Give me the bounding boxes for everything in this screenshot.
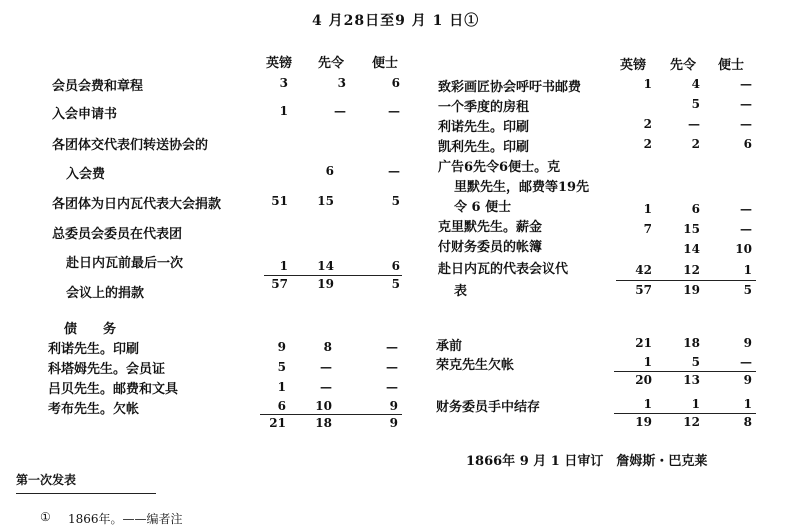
cell-shillings: 10	[302, 399, 332, 413]
cell-pounds: 5	[256, 360, 286, 374]
cell-pence: 1	[722, 397, 752, 411]
cell-shillings: 12	[670, 263, 700, 277]
row-label: 各团体为日内瓦代表大会捐款	[52, 193, 221, 212]
cell-shillings: 19	[670, 283, 700, 297]
cell-shillings: 6	[304, 164, 334, 178]
cell-shillings: 6	[670, 202, 700, 216]
cell-pounds: 42	[622, 263, 652, 277]
cell-shillings: 5	[670, 355, 700, 369]
row-label: 令 6 便士	[454, 196, 511, 215]
cell-pounds: 57	[622, 283, 652, 297]
total-pence: 8	[722, 415, 752, 429]
row-label: 利诺先生。印刷	[48, 338, 139, 357]
cell-pounds: 1	[622, 355, 652, 369]
right-header-pounds: 英镑	[620, 54, 646, 73]
total-shillings: 12	[670, 415, 700, 429]
row-label: 各团体交代表们转送协会的	[52, 134, 208, 153]
cell-pounds: 1	[622, 202, 652, 216]
right-header-pence: 便士	[718, 54, 744, 73]
row-label: 克里默先生。薪金	[438, 216, 542, 235]
footnote-marker: ①	[40, 510, 51, 524]
row-label: 里默先生，邮费等19先	[454, 176, 589, 195]
cell-pence: —	[368, 360, 398, 374]
subtotal-rule	[616, 280, 756, 281]
cell-pence: 10	[722, 242, 752, 256]
footnote-separator	[16, 493, 156, 494]
cell-pence: —	[722, 355, 752, 369]
subtotal-rule	[614, 371, 756, 372]
row-label: 总委员会委员在代表团	[52, 223, 182, 242]
cell-pence: —	[722, 97, 752, 111]
cell-pence: 1	[722, 263, 752, 277]
left-header-pounds: 英镑	[266, 52, 292, 71]
row-label: 荣克先生欠帐	[436, 354, 514, 373]
cell-shillings: —	[302, 380, 332, 394]
row-label: 科塔姆先生。会员证	[48, 358, 165, 377]
subtotal-rule	[264, 275, 402, 276]
cell-pounds: 20	[622, 373, 652, 387]
cell-shillings: 3	[316, 76, 346, 90]
cell-pence: 5	[370, 194, 400, 208]
cell-pounds: 1	[258, 259, 288, 273]
cell-pounds: 57	[258, 277, 288, 291]
cell-pounds: 9	[256, 340, 286, 354]
cell-pounds: 7	[622, 222, 652, 236]
cell-shillings: —	[316, 104, 346, 118]
cell-pence: —	[722, 222, 752, 236]
total-pounds: 21	[256, 416, 286, 430]
row-label: 会议上的捐款	[66, 282, 144, 301]
total-shillings: 18	[302, 416, 332, 430]
row-label: 凯利先生。印刷	[438, 136, 529, 155]
row-label: 利诺先生。印刷	[438, 116, 529, 135]
cell-pence: —	[370, 104, 400, 118]
row-label: 一个季度的房租	[438, 96, 529, 115]
row-label: 会员会费和章程	[52, 75, 143, 94]
cell-pounds: 1	[256, 380, 286, 394]
cell-shillings: 5	[670, 97, 700, 111]
row-label: 付财务委员的帐簿	[438, 236, 542, 255]
cell-pounds: 2	[622, 137, 652, 151]
row-label: 入会申请书	[52, 103, 117, 122]
cell-pence: 6	[722, 137, 752, 151]
cell-shillings: 15	[304, 194, 334, 208]
total-rule	[260, 414, 402, 415]
cell-pounds: 51	[258, 194, 288, 208]
cell-pounds: 1	[622, 77, 652, 91]
total-pounds: 19	[622, 415, 652, 429]
cell-shillings: 2	[670, 137, 700, 151]
left-header-pence: 便士	[372, 52, 398, 71]
debts-heading: 债 务	[64, 318, 116, 337]
total-rule	[614, 413, 756, 414]
cell-shillings: 1	[670, 397, 700, 411]
cell-pence: —	[722, 117, 752, 131]
total-pence: 9	[368, 416, 398, 430]
cell-shillings: 19	[304, 277, 334, 291]
row-label: 致彩画匠协会呼吁书邮费	[438, 76, 581, 95]
left-header-shillings: 先令	[318, 52, 344, 71]
cell-pence: 9	[722, 373, 752, 387]
right-header-shillings: 先令	[670, 54, 696, 73]
cell-pounds: 1	[258, 104, 288, 118]
cell-pounds: 6	[256, 399, 286, 413]
cell-pence: 9	[368, 399, 398, 413]
row-label: 广告6先令6便士。克	[438, 156, 560, 175]
cell-shillings: 18	[670, 336, 700, 350]
cell-pounds: 1	[622, 397, 652, 411]
cell-shillings: 15	[670, 222, 700, 236]
footnote-text: 1866年。——编者注	[68, 510, 183, 527]
row-label: 赴日内瓦前最后一次	[66, 252, 183, 271]
row-label: 考布先生。欠帐	[48, 398, 139, 417]
cell-pence: 5	[722, 283, 752, 297]
cell-shillings: —	[302, 360, 332, 374]
cell-shillings: 13	[670, 373, 700, 387]
cell-pence: —	[368, 340, 398, 354]
cell-pounds: 2	[622, 117, 652, 131]
row-label: 入会费	[66, 163, 105, 182]
cell-pence: 6	[370, 259, 400, 273]
cell-shillings: 14	[670, 242, 700, 256]
cell-pence: 5	[370, 277, 400, 291]
cell-pence: —	[368, 380, 398, 394]
row-label: 吕贝先生。邮费和文具	[48, 378, 178, 397]
cell-shillings: 8	[302, 340, 332, 354]
row-label: 表	[454, 280, 467, 299]
cell-shillings: —	[670, 117, 700, 131]
signature-line: 1866年 9 月 1 日审订 詹姆斯・巴克莱	[466, 450, 707, 469]
first-published-label: 第一次发表	[16, 471, 76, 488]
cell-pence: 9	[722, 336, 752, 350]
cell-pence: —	[722, 77, 752, 91]
row-label: 承前	[436, 335, 462, 354]
cell-pounds: 3	[258, 76, 288, 90]
page-title: 4 月28日至9 月 1 日①	[312, 10, 479, 30]
cell-shillings: 4	[670, 77, 700, 91]
cell-pence: —	[722, 202, 752, 216]
cell-pence: —	[370, 164, 400, 178]
cell-shillings: 14	[304, 259, 334, 273]
row-label: 财务委员手中结存	[436, 396, 540, 415]
cell-pence: 6	[370, 76, 400, 90]
cell-pounds: 21	[622, 336, 652, 350]
row-label: 赴日内瓦的代表会议代	[438, 258, 568, 277]
